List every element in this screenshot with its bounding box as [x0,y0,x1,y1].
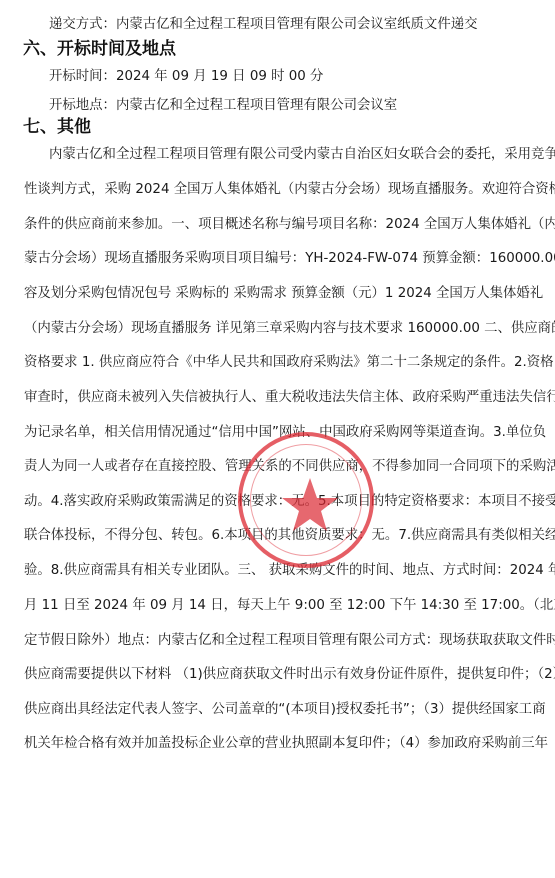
lower-text-block [0,0,555,878]
